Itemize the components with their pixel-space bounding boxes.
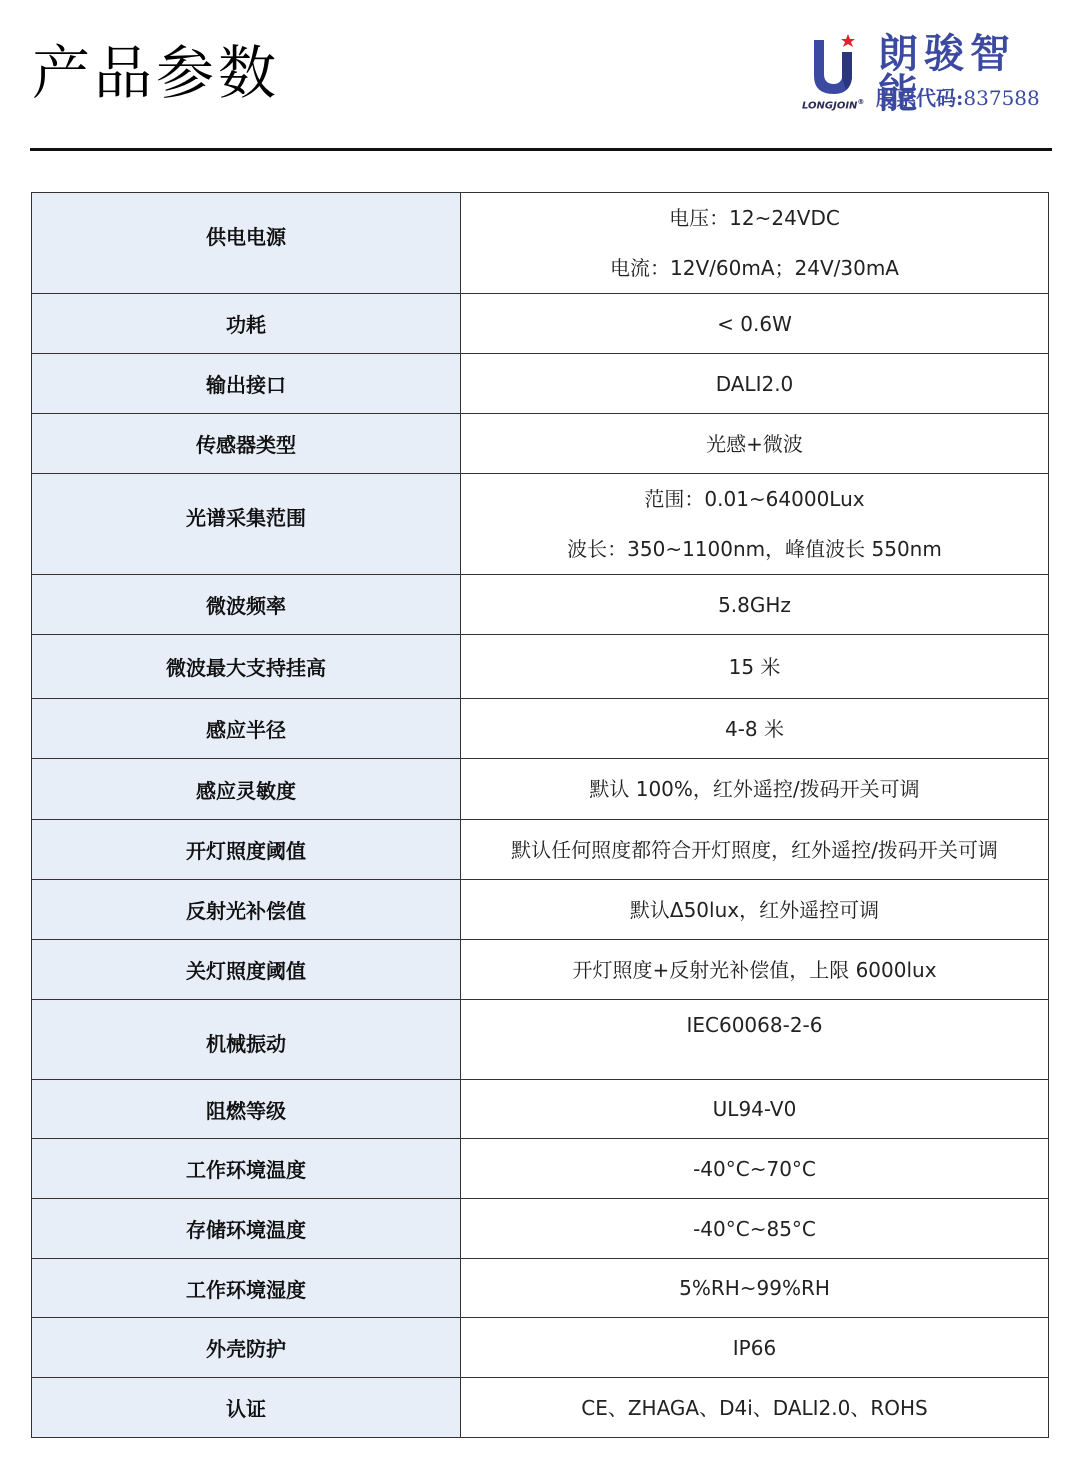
spec-value-cell: < 0.6W (461, 294, 1049, 354)
spec-value-cell: 开灯照度+反射光补偿值，上限 6000lux (461, 940, 1049, 1000)
spec-value: 默认Δ50lux，红外遥控可调 (461, 885, 1048, 935)
table-row: 微波最大支持挂高15 米 (32, 635, 1049, 699)
spec-value-cell: 默认 100%，红外遥控/拨码开关可调 (461, 759, 1049, 820)
spec-value: 5%RH~99%RH (461, 1263, 1048, 1313)
stock-code: 股票代码:837588 (876, 88, 1040, 108)
brand-name-en: LONGJOIN® (802, 98, 864, 111)
spec-label: 工作环境湿度 (186, 1278, 306, 1302)
spec-label: 外壳防护 (206, 1337, 286, 1361)
spec-value-cell: 15 米 (461, 635, 1049, 699)
table-row: 感应半径4-8 米 (32, 699, 1049, 759)
spec-value: 波长：350~1100nm，峰值波长 550nm (461, 524, 1048, 574)
spec-label-cell: 关灯照度阈值 (32, 940, 461, 1000)
spec-label-cell: 认证 (32, 1378, 461, 1438)
spec-label-cell: 微波频率 (32, 575, 461, 635)
company-logo: 朗骏智能 LONGJOIN® 股票代码:837588 (800, 28, 1060, 118)
spec-label-cell: 反射光补偿值 (32, 880, 461, 940)
spec-value-cell: 默认任何照度都符合开灯照度，红外遥控/拨码开关可调 (461, 820, 1049, 880)
spec-value: 开灯照度+反射光补偿值，上限 6000lux (461, 945, 1048, 995)
table-row: 阻燃等级UL94-V0 (32, 1080, 1049, 1139)
table-row: 供电电源电压：12~24VDC电流：12V/60mA；24V/30mA (32, 193, 1049, 294)
spec-value: 4-8 米 (461, 704, 1048, 754)
spec-value: 范围：0.01~64000Lux (461, 474, 1048, 524)
table-row: 反射光补偿值默认Δ50lux，红外遥控可调 (32, 880, 1049, 940)
spec-value-cell: 默认Δ50lux，红外遥控可调 (461, 880, 1049, 940)
spec-label: 反射光补偿值 (186, 899, 306, 923)
table-row: 感应灵敏度默认 100%，红外遥控/拨码开关可调 (32, 759, 1049, 820)
spec-value: 电流：12V/60mA；24V/30mA (461, 243, 1048, 293)
table-row: 机械振动IEC60068-2-6 (32, 1000, 1049, 1080)
spec-value-cell: 电压：12~24VDC电流：12V/60mA；24V/30mA (461, 193, 1049, 294)
spec-label: 工作环境温度 (186, 1158, 306, 1182)
spec-label-cell: 外壳防护 (32, 1318, 461, 1378)
spec-value: IEC60068-2-6 (461, 1000, 1048, 1050)
spec-label-cell: 供电电源 (32, 193, 461, 294)
table-row: 开灯照度阈值默认任何照度都符合开灯照度，红外遥控/拨码开关可调 (32, 820, 1049, 880)
spec-label-cell: 感应灵敏度 (32, 759, 461, 820)
spec-value: DALI2.0 (461, 359, 1048, 409)
spec-value: CE、ZHAGA、D4i、DALI2.0、ROHS (461, 1383, 1048, 1433)
star-icon (841, 34, 855, 47)
table-row: 微波频率5.8GHz (32, 575, 1049, 635)
spec-label-cell: 工作环境湿度 (32, 1259, 461, 1318)
spec-value-cell: IEC60068-2-6 (461, 1000, 1049, 1080)
table-row: 外壳防护IP66 (32, 1318, 1049, 1378)
spec-value: 5.8GHz (461, 580, 1048, 630)
spec-label: 光谱采集范围 (186, 506, 306, 530)
spec-label-cell: 功耗 (32, 294, 461, 354)
spec-value: 默认 100%，红外遥控/拨码开关可调 (461, 764, 1048, 814)
spec-value-cell: 范围：0.01~64000Lux波长：350~1100nm，峰值波长 550nm (461, 474, 1049, 575)
header-divider (30, 148, 1052, 151)
spec-value: 15 米 (461, 642, 1048, 692)
spec-label: 阻燃等级 (206, 1099, 286, 1123)
spec-value-cell: UL94-V0 (461, 1080, 1049, 1139)
spec-value-cell: 5.8GHz (461, 575, 1049, 635)
table-row: 工作环境温度-40°C~70°C (32, 1139, 1049, 1199)
spec-label-cell: 阻燃等级 (32, 1080, 461, 1139)
spec-label: 关灯照度阈值 (186, 959, 306, 983)
spec-label: 供电电源 (206, 225, 286, 249)
spec-value: -40°C~70°C (461, 1144, 1048, 1194)
table-row: 功耗< 0.6W (32, 294, 1049, 354)
spec-value-cell: CE、ZHAGA、D4i、DALI2.0、ROHS (461, 1378, 1049, 1438)
spec-value-cell: 5%RH~99%RH (461, 1259, 1049, 1318)
spec-value: -40°C~85°C (461, 1204, 1048, 1254)
spec-value: 默认任何照度都符合开灯照度，红外遥控/拨码开关可调 (461, 825, 1048, 875)
longjoin-u-logo-icon (810, 34, 858, 96)
table-row: 传感器类型光感+微波 (32, 414, 1049, 474)
spec-label-cell: 光谱采集范围 (32, 474, 461, 575)
spec-value-cell: 4-8 米 (461, 699, 1049, 759)
spec-label: 开灯照度阈值 (186, 839, 306, 863)
table-row: 工作环境湿度5%RH~99%RH (32, 1259, 1049, 1318)
spec-label-cell: 机械振动 (32, 1000, 461, 1080)
spec-value: 光感+微波 (461, 419, 1048, 469)
spec-label-cell: 存储环境温度 (32, 1199, 461, 1259)
spec-label: 传感器类型 (196, 433, 296, 457)
table-row: 关灯照度阈值开灯照度+反射光补偿值，上限 6000lux (32, 940, 1049, 1000)
spec-value-cell: -40°C~70°C (461, 1139, 1049, 1199)
spec-value: 电压：12~24VDC (461, 193, 1048, 243)
spec-label-cell: 传感器类型 (32, 414, 461, 474)
spec-label: 机械振动 (206, 1032, 286, 1056)
spec-value-cell: 光感+微波 (461, 414, 1049, 474)
spec-label: 存储环境温度 (186, 1218, 306, 1242)
spec-value-cell: -40°C~85°C (461, 1199, 1049, 1259)
spec-label: 输出接口 (206, 373, 286, 397)
spec-label-cell: 输出接口 (32, 354, 461, 414)
spec-label: 感应半径 (206, 718, 286, 742)
spec-table: 供电电源电压：12~24VDC电流：12V/60mA；24V/30mA功耗< 0… (31, 192, 1049, 1438)
spec-value-cell: DALI2.0 (461, 354, 1049, 414)
spec-label: 微波频率 (206, 594, 286, 618)
spec-label-cell: 微波最大支持挂高 (32, 635, 461, 699)
spec-label: 功耗 (226, 313, 266, 337)
spec-value: IP66 (461, 1323, 1048, 1373)
table-row: 认证CE、ZHAGA、D4i、DALI2.0、ROHS (32, 1378, 1049, 1438)
table-row: 输出接口DALI2.0 (32, 354, 1049, 414)
spec-value: < 0.6W (461, 299, 1048, 349)
spec-label-cell: 感应半径 (32, 699, 461, 759)
table-row: 存储环境温度-40°C~85°C (32, 1199, 1049, 1259)
spec-label-cell: 工作环境温度 (32, 1139, 461, 1199)
spec-label: 微波最大支持挂高 (166, 656, 326, 680)
spec-value-cell: IP66 (461, 1318, 1049, 1378)
page-title: 产品参数 (32, 44, 280, 102)
table-row: 光谱采集范围范围：0.01~64000Lux波长：350~1100nm，峰值波长… (32, 474, 1049, 575)
spec-value: UL94-V0 (461, 1084, 1048, 1134)
spec-label: 感应灵敏度 (196, 779, 296, 803)
spec-label: 认证 (226, 1397, 266, 1421)
spec-label-cell: 开灯照度阈值 (32, 820, 461, 880)
